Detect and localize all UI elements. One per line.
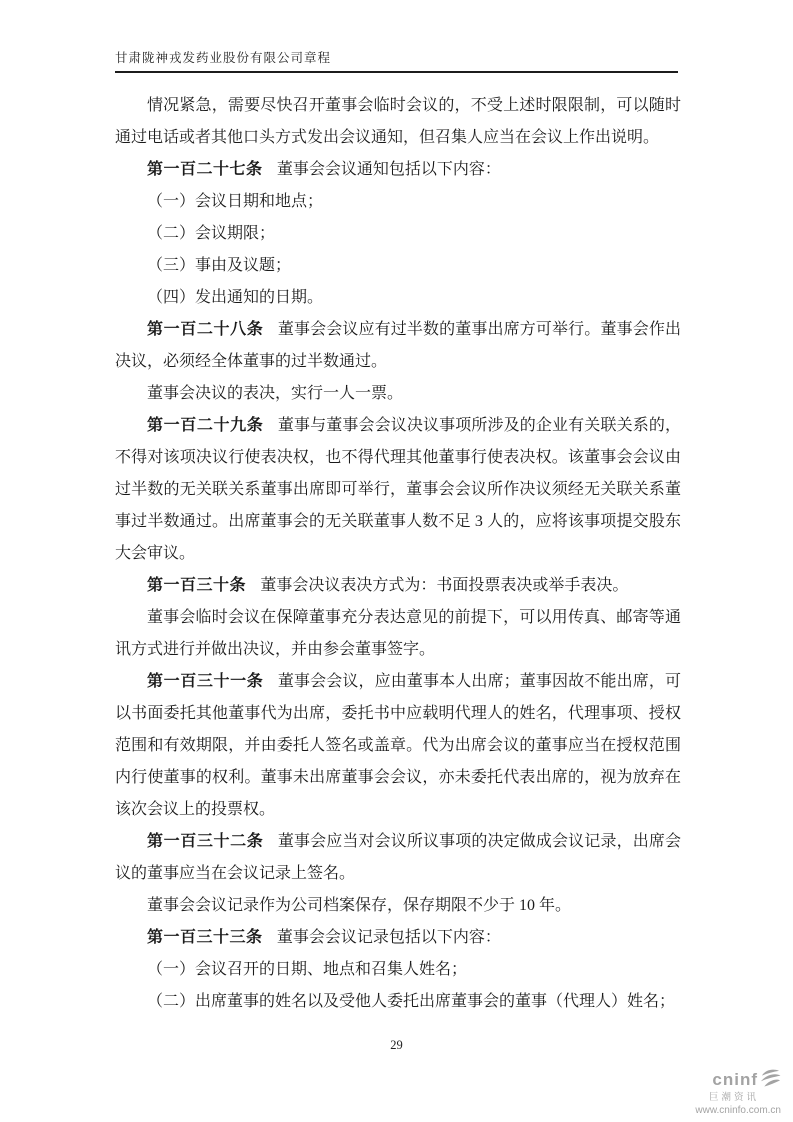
page-header: 甘肃陇神戎发药业股份有限公司章程 — [115, 48, 678, 73]
logo-url: www.cninfo.com.cn — [695, 1106, 781, 1116]
article-number: 第一百三十三条 — [147, 929, 263, 946]
list-item-paragraph: （二）出席董事的姓名以及受他人委托出席董事会的董事（代理人）姓名； — [115, 986, 681, 1018]
logo-brand-row: cninf — [695, 1068, 781, 1091]
article-text: 董事会会议，应由董事本人出席；董事因故不能出席，可以书面委托其他董事代为出席，委… — [115, 673, 681, 818]
logo-brand-text: cninf — [712, 1071, 758, 1088]
list-item-paragraph: （一）会议召开的日期、地点和召集人姓名； — [115, 954, 681, 986]
document-page: 甘肃陇神戎发药业股份有限公司章程 情况紧急，需要尽快召开董事会临时会议的，不受上… — [0, 0, 793, 1122]
swirl-icon — [760, 1068, 781, 1091]
page-number: 29 — [0, 1038, 793, 1053]
article-paragraph: 第一百二十七条董事会会议通知包括以下内容： — [115, 154, 681, 186]
list-item-paragraph: （三）事由及议题； — [115, 250, 681, 282]
cninfo-logo: cninf 巨潮资讯 www.cninfo.com.cn — [695, 1068, 781, 1116]
list-item-paragraph: （二）会议期限； — [115, 218, 681, 250]
article-number: 第一百二十七条 — [147, 161, 263, 178]
article-number: 第一百二十九条 — [147, 417, 263, 434]
article-paragraph: 第一百二十八条董事会会议应有过半数的董事出席方可举行。董事会作出决议，必须经全体… — [115, 314, 681, 378]
article-number: 第一百三十一条 — [147, 673, 263, 690]
document-body: 情况紧急，需要尽快召开董事会临时会议的，不受上述时限限制，可以随时通过电话或者其… — [115, 90, 681, 1018]
article-paragraph: 第一百三十三条董事会会议记录包括以下内容： — [115, 922, 681, 954]
article-text: 董事会决议表决方式为：书面投票表决或举手表决。 — [260, 577, 628, 594]
document-title: 甘肃陇神戎发药业股份有限公司章程 — [115, 51, 331, 65]
paragraph: 董事会决议的表决，实行一人一票。 — [115, 378, 681, 410]
article-number: 第一百三十条 — [147, 577, 246, 594]
list-item-paragraph: （四）发出通知的日期。 — [115, 282, 681, 314]
paragraph: 董事会会议记录作为公司档案保存，保存期限不少于 10 年。 — [115, 890, 681, 922]
paragraph: 情况紧急，需要尽快召开董事会临时会议的，不受上述时限限制，可以随时通过电话或者其… — [115, 90, 681, 154]
article-number: 第一百三十二条 — [147, 833, 263, 850]
article-paragraph: 第一百三十一条董事会会议，应由董事本人出席；董事因故不能出席，可以书面委托其他董… — [115, 666, 681, 826]
paragraph: 董事会临时会议在保障董事充分表达意见的前提下，可以用传真、邮寄等通讯方式进行并做… — [115, 602, 681, 666]
article-text: 董事与董事会会议决议事项所涉及的企业有关联关系的，不得对该项决议行使表决权，也不… — [115, 417, 681, 562]
article-paragraph: 第一百三十二条董事会应当对会议所议事项的决定做成会议记录，出席会议的董事应当在会… — [115, 826, 681, 890]
logo-chinese-name: 巨潮资讯 — [695, 1093, 759, 1103]
list-item-paragraph: （一）会议日期和地点； — [115, 186, 681, 218]
article-text: 董事会会议记录包括以下内容： — [277, 929, 501, 946]
article-text: 董事会会议通知包括以下内容： — [277, 161, 501, 178]
article-paragraph: 第一百三十条董事会决议表决方式为：书面投票表决或举手表决。 — [115, 570, 681, 602]
article-number: 第一百二十八条 — [147, 321, 263, 338]
article-paragraph: 第一百二十九条董事与董事会会议决议事项所涉及的企业有关联关系的，不得对该项决议行… — [115, 410, 681, 570]
